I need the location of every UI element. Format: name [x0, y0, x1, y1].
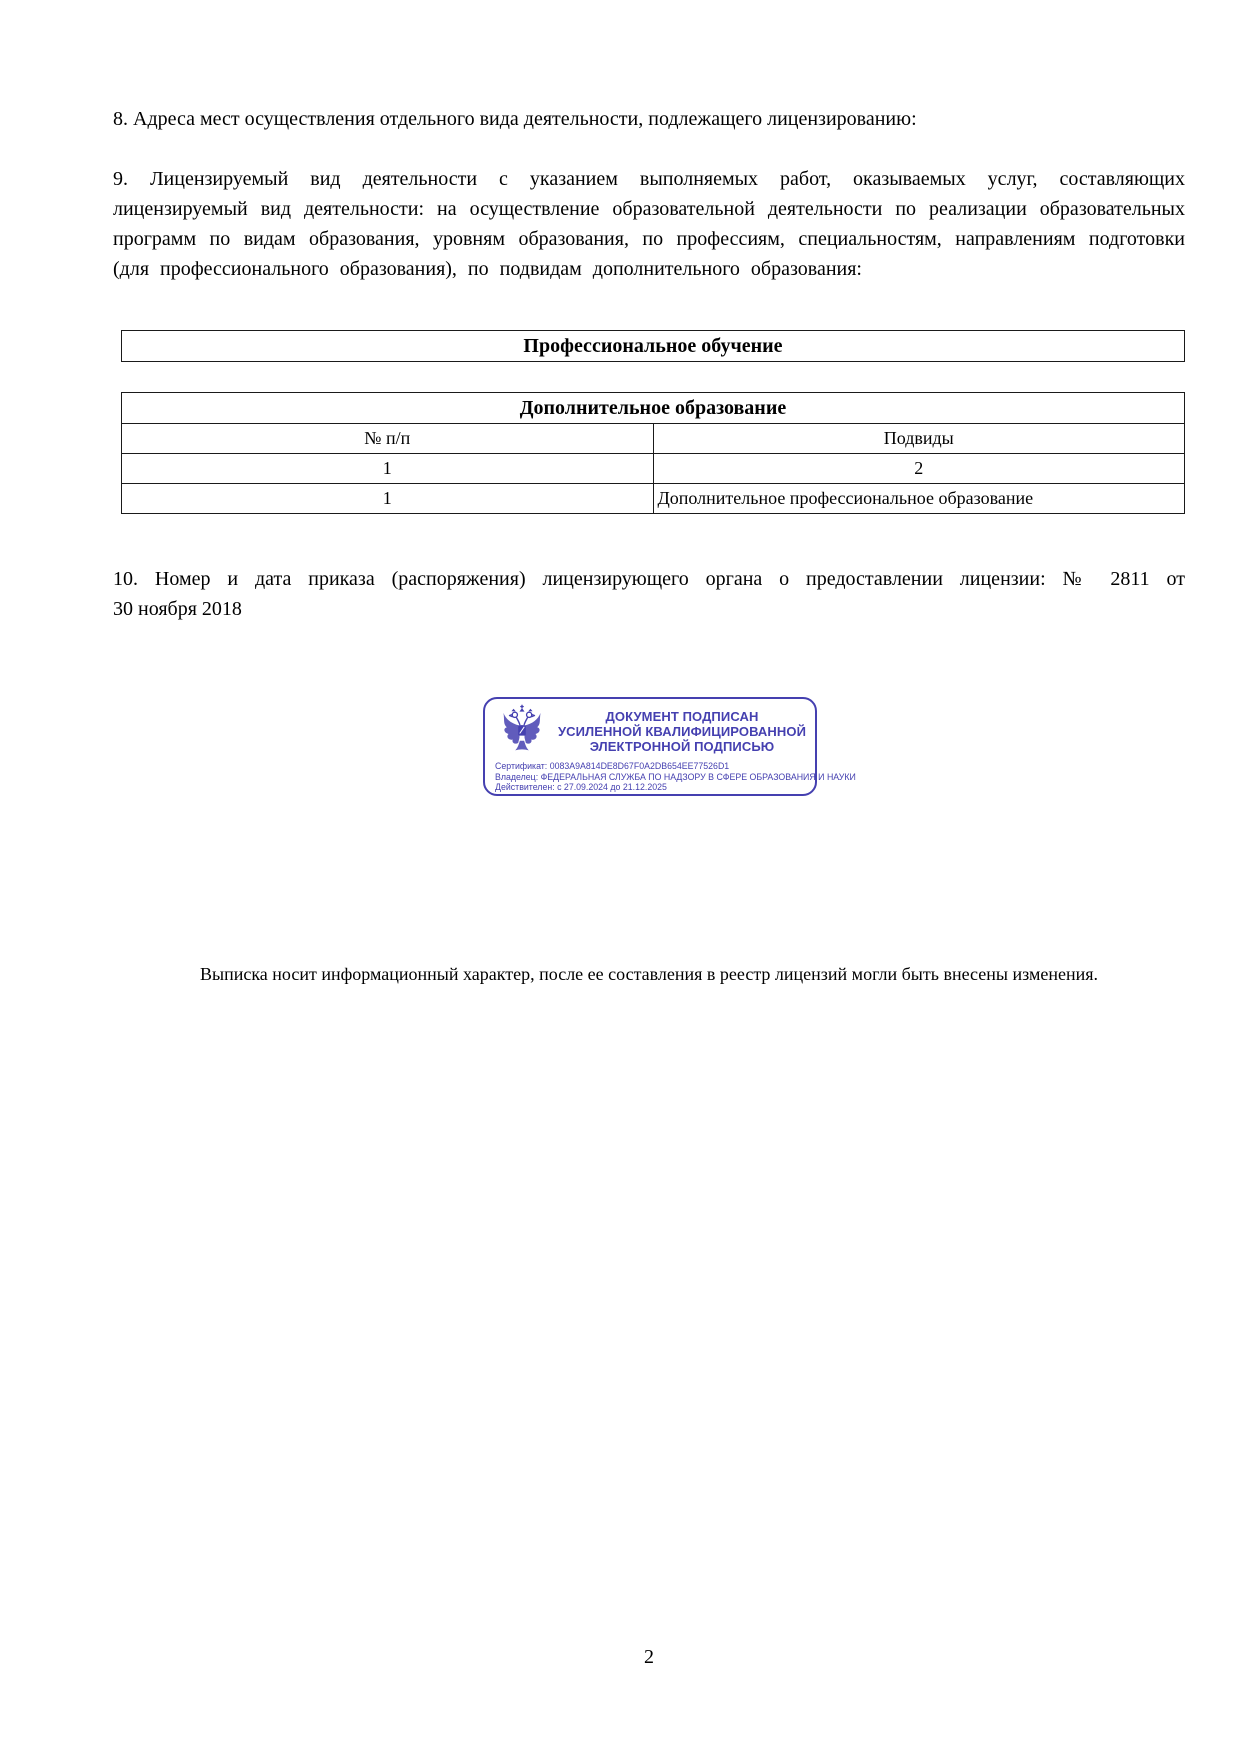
additional-education-title: Дополнительное образование [122, 393, 1185, 424]
stamp-header: ДОКУМЕНТ ПОДПИСАН УСИЛЕННОЙ КВАЛИФИЦИРОВ… [485, 699, 815, 760]
table-row: 1 Дополнительное профессиональное образо… [122, 484, 1185, 514]
table-index-row: 1 2 [122, 454, 1185, 484]
license-extract-page: 8. Адреса мест осуществления отдельного … [0, 0, 1241, 1754]
item-10-line-2: 30 ноября 2018 [113, 594, 1185, 624]
stamp-details: Сертификат: 0083A9A814DE8D67F0A2DB654EE7… [485, 760, 815, 793]
paragraph-item-10: 10. Номер и дата приказа (распоряжения) … [113, 564, 1185, 624]
stamp-title-line-3: ЭЛЕКТРОННОЙ ПОДПИСЬЮ [549, 739, 815, 754]
stamp-owner-line: Владелец: ФЕДЕРАЛЬНАЯ СЛУЖБА ПО НАДЗОРУ … [495, 772, 807, 783]
stamp-title-line-1: ДОКУМЕНТ ПОДПИСАН [549, 709, 815, 724]
stamp-certificate-line: Сертификат: 0083A9A814DE8D67F0A2DB654EE7… [495, 761, 807, 772]
row-number-cell: 1 [122, 484, 654, 514]
informational-note: Выписка носит информационный характер, п… [113, 962, 1185, 986]
paragraph-item-9: 9. Лицензируемый вид деятельности с указ… [113, 164, 1185, 284]
column-header-subtypes: Подвиды [653, 424, 1185, 454]
stamp-title-line-2: УСИЛЕННОЙ КВАЛИФИЦИРОВАННОЙ [549, 724, 815, 739]
professional-training-table: Профессиональное обучение [121, 330, 1185, 362]
double-headed-eagle-emblem [495, 703, 549, 759]
paragraph-item-8: 8. Адреса мест осуществления отдельного … [113, 104, 1185, 134]
index-cell-1: 1 [122, 454, 654, 484]
additional-education-table: Дополнительное образование № п/п Подвиды… [121, 392, 1185, 514]
column-header-number: № п/п [122, 424, 654, 454]
table-row: Профессиональное обучение [122, 331, 1185, 362]
professional-training-title: Профессиональное обучение [122, 331, 1185, 362]
stamp-title: ДОКУМЕНТ ПОДПИСАН УСИЛЕННОЙ КВАЛИФИЦИРОВ… [549, 709, 815, 754]
stamp-validity-line: Действителен: с 27.09.2024 до 21.12.2025 [495, 782, 807, 793]
page-number: 2 [113, 1646, 1185, 1669]
index-cell-2: 2 [653, 454, 1185, 484]
row-subtype-cell: Дополнительное профессиональное образова… [653, 484, 1185, 514]
table-header-row: № п/п Подвиды [122, 424, 1185, 454]
item-10-line-1: 10. Номер и дата приказа (распоряжения) … [113, 564, 1185, 594]
table-row: Дополнительное образование [122, 393, 1185, 424]
digital-signature-stamp: ДОКУМЕНТ ПОДПИСАН УСИЛЕННОЙ КВАЛИФИЦИРОВ… [483, 697, 817, 796]
